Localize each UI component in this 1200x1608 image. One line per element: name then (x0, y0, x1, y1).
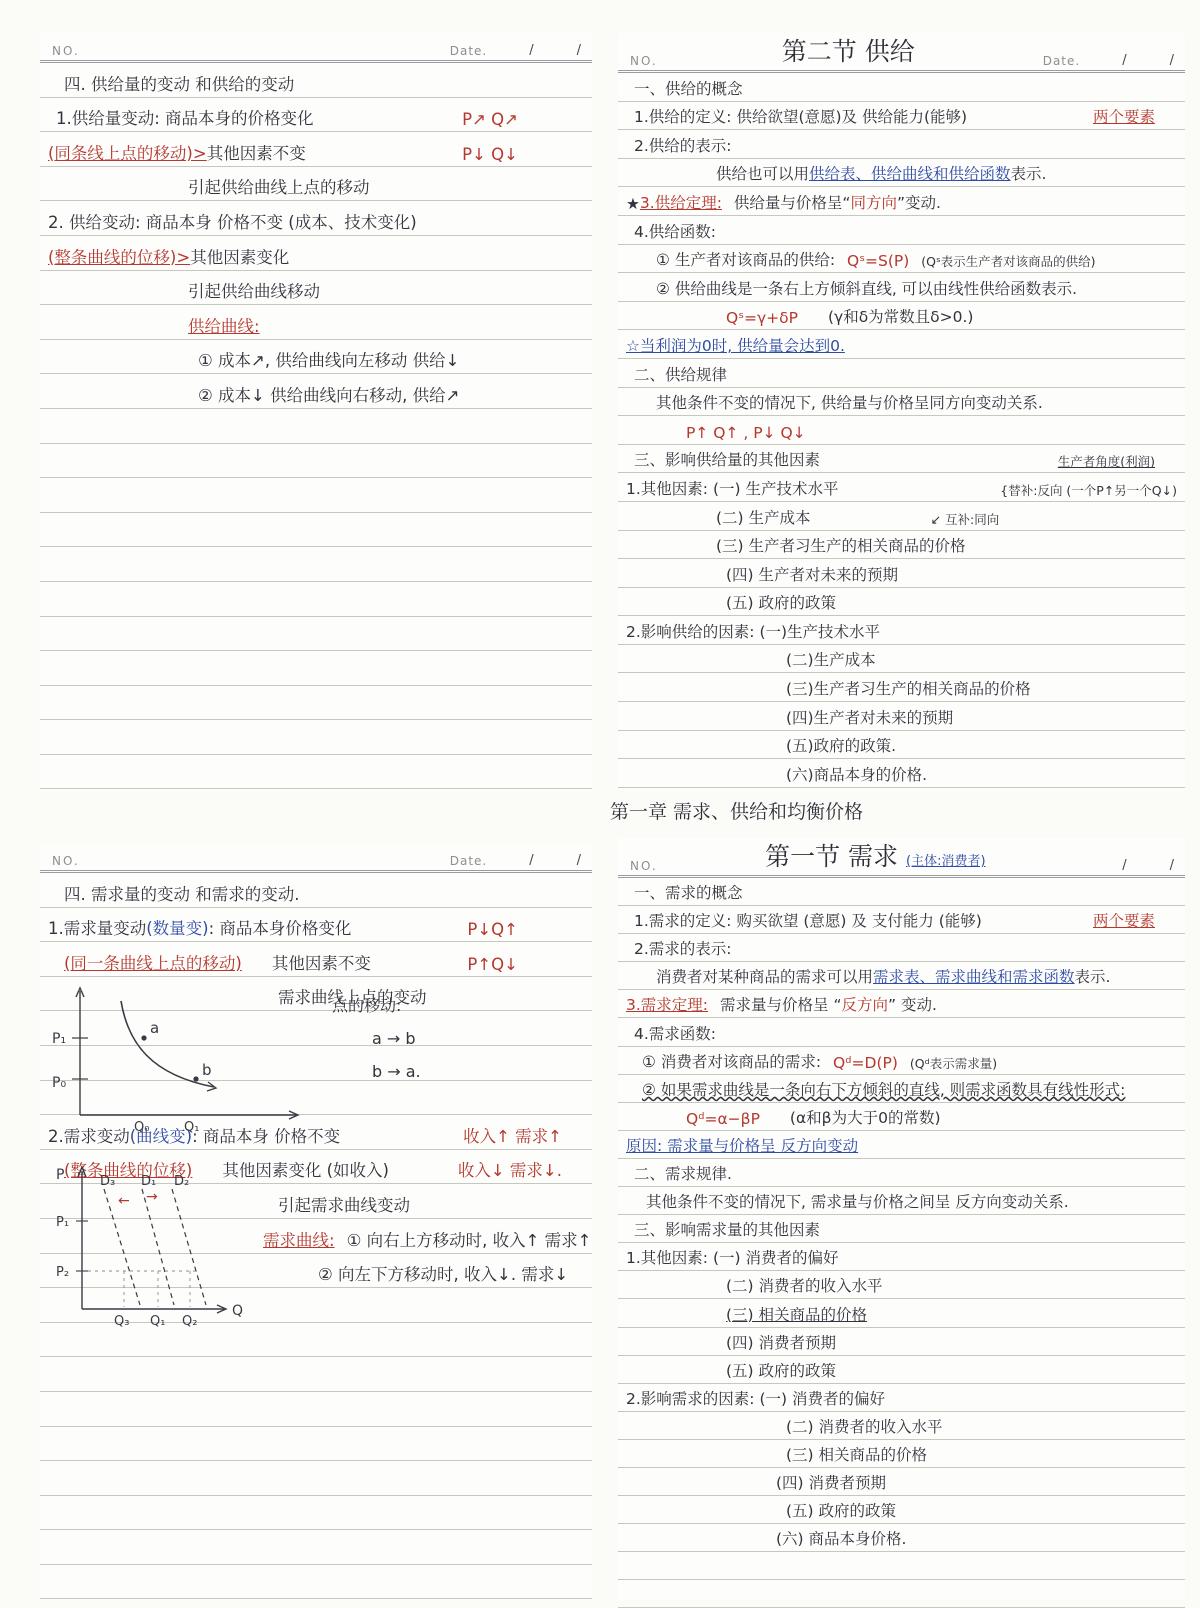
red-note: 收入↑ 需求↑ (463, 1123, 562, 1147)
axis-label: Q₂ (182, 1314, 197, 1329)
note-line: (六) 商品本身价格. (618, 1524, 1185, 1552)
blue-note: ☆当利润为0时, 供给量会达到0. (626, 334, 845, 356)
curve-label: D₂ (174, 1174, 189, 1189)
ruled-line (40, 1427, 592, 1462)
red-note: 两个要素 (1093, 105, 1155, 127)
line-text: (四) 消费者预期 (626, 1331, 836, 1353)
red-note: 两个要素 (1093, 909, 1155, 931)
red-note: P↑ Q↑ , P↓ Q↓ (626, 424, 806, 442)
line-text: 表示. (1075, 965, 1111, 987)
no-label: NO. (52, 44, 80, 58)
ruled-line (40, 409, 592, 444)
line-text: (三) 相关商品的价格 (626, 1303, 867, 1325)
note-line: Qᵈ=α−βP (α和β为大于0的常数) (618, 1103, 1185, 1131)
ruled-line (40, 444, 592, 479)
no-label: NO. (630, 859, 658, 873)
line-text: (五) 政府的政策 (626, 1359, 836, 1381)
line-text: 四. 需求量的变动 和需求的变动. (48, 881, 299, 905)
line-text: ① 成本↗, 供给曲线向左移动 供给↓ (48, 347, 459, 371)
note-line: (二)生产成本 (618, 645, 1185, 674)
line-text: ② 如果需求曲线是一条向右下方倾斜的直线, 则需求函数具有线性形式: (626, 1078, 1125, 1100)
note-line: 二、需求规律. (618, 1159, 1185, 1187)
ruled-line (40, 582, 592, 617)
ruled-line (40, 513, 592, 548)
note-line: (三)生产者习生产的相关商品的价格 (618, 673, 1185, 702)
line-text: 三、影响需求量的其他因素 (626, 1218, 820, 1240)
caption-line: b → a. (332, 1055, 421, 1088)
chapter-title: 第一章 需求、供给和均衡价格 (610, 797, 863, 824)
line-text: (二) 消费者的收入水平 (626, 1274, 883, 1296)
note-line: 二、供给规律 (618, 359, 1185, 388)
note-line: 3.需求定理: 需求量与价格呈 “ 反方向 ” 变动. (618, 990, 1185, 1018)
note-line: ① 生产者对该商品的供给: Qˢ=S(P) (Qˢ表示生产者对该商品的供给) (618, 245, 1185, 274)
note-line: 供给也可以用 供给表、供给曲线和供给函数 表示. (618, 159, 1185, 188)
date-slash: / (577, 43, 582, 58)
line-text: 三、影响供给量的其他因素 (626, 448, 820, 470)
date-slash: / (1122, 858, 1127, 873)
note-line: 1.需求的定义: 购买欲望 (意愿) 及 支付能力 (能够) 两个要素 (618, 906, 1185, 934)
section-title: 第二节 供给 (722, 32, 915, 68)
line-text: 其他因素不变 (207, 140, 306, 164)
axis-label: Q₃ (114, 1314, 129, 1329)
line-text: 二、供给规律 (626, 363, 727, 385)
date-slash: / (1122, 53, 1127, 68)
note-line: 1.其他因素: (一) 生产技术水平 {替补:反向 (一个P↑另一个Q↓) (618, 473, 1185, 502)
line-text: (三)生产者习生产的相关商品的价格 (626, 677, 1031, 699)
ruled-line (618, 1552, 1185, 1580)
line-text: 其他条件不变的情况下, 供给量与价格呈同方向变动关系. (626, 391, 1043, 413)
line-text: ② 供给曲线是一条右上方倾斜直线, 可以由线性供给函数表示. (626, 277, 1077, 299)
ruled-line (40, 1392, 592, 1427)
red-label: 3.需求定理: (626, 993, 708, 1015)
line-text: 1.其他因素: (一) 生产技术水平 (626, 477, 838, 499)
note-line: 其他条件不变的情况下, 需求量与价格之间呈 反方向变动关系. (618, 1187, 1185, 1215)
line-text: 引起供给曲线上点的移动 (48, 174, 370, 198)
axis-label: P₁ (56, 1215, 69, 1230)
line-text: 表示. (1011, 162, 1047, 184)
line-text: 消费者对某种商品的需求可以用 (626, 965, 873, 987)
date-label: / / (1080, 858, 1175, 873)
line-text: 2.影响供给的因素: (一)生产技术水平 (626, 620, 880, 642)
red-note: P↑Q↓ (467, 955, 518, 974)
line-text: 2.供给的表示: (626, 134, 732, 156)
note-line: (五)政府的政策. (618, 731, 1185, 760)
note-line: (六)商品本身的价格. (618, 759, 1185, 788)
curve-label: D₃ (100, 1174, 115, 1189)
section-title: 第一节 需求 (主体:消费者) (705, 837, 985, 873)
note-line: 一、需求的概念 (618, 878, 1185, 906)
formula-note: (γ和δ为常数且δ>0.) (828, 305, 974, 327)
ruled-line (40, 651, 592, 686)
line-text: 二、需求规律. (626, 1162, 732, 1184)
line-text: (四) 生产者对未来的预期 (626, 563, 898, 585)
note-line: 引起供给曲线移动 (40, 271, 592, 306)
note-line: ① 消费者对该商品的需求: Qᵈ=D(P) (Qᵈ表示需求量) (618, 1047, 1185, 1075)
note-line: ① 成本↗, 供给曲线向左移动 供给↓ (40, 340, 592, 375)
shift-right-arrow: → (146, 1189, 158, 1205)
axis-label: P₁ (52, 1031, 66, 1047)
red-emphasis: 同方向 (850, 191, 897, 213)
ruled-line (40, 478, 592, 513)
note-line: (四) 消费者预期 (618, 1468, 1185, 1496)
formula-note: (Qˢ表示生产者对该商品的供给) (921, 252, 1095, 270)
line-text: ② 成本↓ 供给曲线向右移动, 供给↗ (48, 382, 459, 406)
note-line: 4.需求函数: (618, 1018, 1185, 1046)
line-text: 1.需求的定义: 购买欲望 (意愿) 及 支付能力 (能够) (626, 909, 982, 931)
formula: Qˢ=S(P) (847, 252, 909, 270)
note-line: (二) 消费者的收入水平 (618, 1271, 1185, 1299)
red-note: P↓Q↑ (467, 920, 518, 939)
axis-label: P₂ (56, 1265, 69, 1280)
curve-label: D₁ (141, 1174, 156, 1189)
red-note: P↓ Q↓ (462, 145, 518, 164)
page-supply-changes: NO. Date. / / 四. 供给量的变动 和供给的变动 1.供给量变动: … (40, 33, 592, 790)
red-label: (同条线上点的移动)> (48, 140, 207, 164)
line-text: 需求量与价格呈 “ (720, 993, 841, 1015)
line-text: 一、供给的概念 (626, 77, 743, 99)
line-text: 4.需求函数: (626, 1022, 716, 1044)
blue-note: (数量变) (146, 915, 208, 939)
ruled-line (40, 1530, 592, 1565)
page-demand-changes: NO. Date. / / 四. 需求量的变动 和需求的变动. 1.需求量变动 … (40, 843, 592, 1600)
note-line: ★ 3.供给定理: 供给量与价格呈“ 同方向 ”变动. (618, 187, 1185, 216)
note-line: 2. 供给变动: 商品本身 价格不变 (成本、技术变化) (40, 201, 592, 236)
note-line: (四) 消费者预期 (618, 1328, 1185, 1356)
blue-emphasis: 供给表、供给曲线和供给函数 (809, 162, 1011, 184)
note-line: ② 供给曲线是一条右上方倾斜直线, 可以由线性供给函数表示. (618, 273, 1185, 302)
note-line: 2.影响需求的因素: (一) 消费者的偏好 (618, 1384, 1185, 1412)
note-line: (三) 相关商品的价格 (618, 1440, 1185, 1468)
caption-line: a → b (332, 1022, 421, 1055)
line-text: ” 变动. (888, 993, 937, 1015)
page-supply: NO. 第二节 供给 Date. / / 一、供给的概念 1.供给的定义: 供给… (618, 33, 1185, 790)
note-line: 4.供给函数: (618, 216, 1185, 245)
note-line: (同条线上点的移动)> 其他因素不变 P↓ Q↓ (40, 132, 592, 167)
note-line: 1.其他因素: (一) 消费者的偏好 (618, 1243, 1185, 1271)
note-line: (二) 消费者的收入水平 (618, 1412, 1185, 1440)
shift-left-arrow: ← (118, 1193, 130, 1209)
line-text: 其他条件不变的情况下, 需求量与价格之间呈 反方向变动关系. (626, 1190, 1069, 1212)
note-line: 1.需求量变动 (数量变) : 商品本身价格变化 P↓Q↑ (40, 908, 592, 943)
point-label: b (202, 1061, 212, 1079)
ruled-line (40, 686, 592, 721)
line-text: (五) 政府的政策 (626, 1499, 896, 1521)
note-line: 2.供给的表示: (618, 130, 1185, 159)
red-note: 收入↓ 需求↓. (458, 1157, 562, 1181)
line-text: 其他因素不变 (272, 950, 371, 974)
formula: Qˢ=γ+δP (626, 309, 798, 327)
line-text: 其他因素变化 (190, 244, 289, 268)
note-line: ☆当利润为0时, 供给量会达到0. (618, 330, 1185, 359)
line-text: 四. 供给量的变动 和供给的变动 (48, 71, 294, 95)
red-label: 3.供给定理: (640, 191, 722, 213)
formula: Qᵈ=α−βP (626, 1110, 760, 1128)
red-label: (同一条曲线上点的移动) (48, 950, 242, 974)
ruled-line (40, 617, 592, 652)
note-line: ② 成本↓ 供给曲线向右移动, 供给↗ (40, 374, 592, 409)
axis-label: P₀ (52, 1075, 66, 1091)
date-slash: / (577, 853, 582, 868)
note-line: (三) 相关商品的价格 (618, 1299, 1185, 1327)
margin-note: {替补:反向 (一个P↑另一个Q↓) (1000, 481, 1177, 499)
line-text: ① 向右上方移动时, 收入↑ 需求↑ (347, 1227, 592, 1251)
margin-note: ↙ 互补:同向 (931, 510, 1000, 528)
line-text: 供给量与价格呈“ (734, 191, 851, 213)
date-slash: / (529, 43, 534, 58)
note-line: 消费者对某种商品的需求可以用 需求表、需求曲线和需求函数 表示. (618, 962, 1185, 990)
note-line: 2.需求的表示: (618, 934, 1185, 962)
note-line: 一、供给的概念 (618, 73, 1185, 102)
ruled-line (618, 1580, 1185, 1608)
date-label: Date. / / (1043, 53, 1175, 68)
line-text: (三) 生产者习生产的相关商品的价格 (626, 534, 966, 556)
line-text: (五) 政府的政策 (626, 591, 836, 613)
note-line: 1.供给量变动: 商品本身的价格变化 P↗ Q↗ (40, 98, 592, 133)
ruled-line (40, 1461, 592, 1496)
line-text: 2.影响需求的因素: (一) 消费者的偏好 (626, 1387, 885, 1409)
note-line: (五) 政府的政策 (618, 1356, 1185, 1384)
note-line: 四. 供给量的变动 和供给的变动 (40, 63, 592, 98)
formula: Qᵈ=D(P) (833, 1054, 898, 1072)
line-text: (五)政府的政策. (626, 734, 896, 756)
page-demand: NO. 第一节 需求 (主体:消费者) / / 一、需求的概念 1.需求的定义:… (618, 838, 1185, 1600)
date-slash: / (1170, 858, 1175, 873)
red-label: (整条曲线的位移)> (48, 244, 190, 268)
line-text: (四)生产者对未来的预期 (626, 706, 953, 728)
note-line: (五) 政府的政策 (618, 588, 1185, 617)
page-header: NO. Date. / / (40, 843, 592, 873)
blue-note: 原因: 需求量与价格呈 反方向变动 (626, 1134, 858, 1156)
note-line: (二) 生产成本 ↙ 互补:同向 (618, 502, 1185, 531)
note-line: ② 如果需求曲线是一条向右下方倾斜的直线, 则需求函数具有线性形式: (618, 1075, 1185, 1103)
formula-note: (Qᵈ表示需求量) (910, 1054, 997, 1072)
note-line: (整条曲线的位移)> 其他因素变化 (40, 236, 592, 271)
page-header: NO. 第二节 供给 Date. / / (618, 33, 1185, 73)
axis-label: Q₁ (184, 1120, 199, 1133)
line-text: 2. 供给变动: 商品本身 价格不变 (成本、技术变化) (48, 209, 417, 233)
diagram1-caption: 点的移动: a → b b → a. (332, 989, 421, 1088)
line-text: 1.需求量变动 (48, 915, 146, 939)
demand-curve-shift-diagram: P P₁ P₂ D₃ D₁ D₂ ← → Q Q₃ Q₁ Q₂ (46, 1159, 256, 1329)
ruled-line (40, 755, 592, 790)
line-text: 一、需求的概念 (626, 881, 743, 903)
note-line: (五) 政府的政策 (618, 1496, 1185, 1524)
note-line: P↑ Q↑ , P↓ Q↓ (618, 416, 1185, 445)
date-label: Date. / / (450, 853, 582, 868)
ruled-line (40, 1357, 592, 1392)
line-text: (二)生产成本 (626, 648, 876, 670)
caption-line: 点的移动: (332, 989, 421, 1022)
red-label: 供给曲线: (48, 313, 260, 337)
note-line: (四) 生产者对未来的预期 (618, 559, 1185, 588)
date-word: Date. (450, 854, 488, 868)
line-text: ”变动. (897, 191, 941, 213)
line-text: ① 消费者对该商品的需求: (626, 1050, 821, 1072)
demand-curve-point-move-diagram: P₁ P₀ a b Q₀ Q₁ (46, 983, 336, 1133)
star-icon: ★ (626, 195, 640, 213)
line-text: (二) 生产成本 (626, 506, 811, 528)
ruled-line (40, 1496, 592, 1531)
date-slash: / (1170, 53, 1175, 68)
note-line: (四)生产者对未来的预期 (618, 702, 1185, 731)
date-label: Date. / / (450, 43, 582, 58)
note-line: 引起供给曲线上点的移动 (40, 167, 592, 202)
line-text: (六) 商品本身价格. (626, 1527, 906, 1549)
line-text: 供给也可以用 (626, 162, 809, 184)
note-line: 三、影响需求量的其他因素 (618, 1215, 1185, 1243)
note-line: (同一条曲线上点的移动) 其他因素不变 P↑Q↓ (40, 942, 592, 977)
blue-emphasis: 需求表、需求曲线和需求函数 (873, 965, 1075, 987)
line-text: 引起供给曲线移动 (48, 278, 320, 302)
note-line: 1.供给的定义: 供给欲望(意愿)及 供给能力(能够) 两个要素 (618, 102, 1185, 131)
line-text: : 商品本身价格变化 (209, 915, 352, 939)
red-emphasis: 反方向 (841, 993, 888, 1015)
note-line: 供给曲线: (40, 305, 592, 340)
axis-label: Q (232, 1303, 243, 1319)
red-note: P↗ Q↗ (462, 110, 518, 129)
line-text: 4.供给函数: (626, 220, 716, 242)
line-text: (四) 消费者预期 (626, 1471, 886, 1493)
blue-note: (主体:消费者) (906, 854, 986, 869)
line-text: (六)商品本身的价格. (626, 763, 927, 785)
note-line: 2.影响供给的因素: (一)生产技术水平 (618, 616, 1185, 645)
line-text: 1.供给的定义: 供给欲望(意愿)及 供给能力(能够) (626, 105, 967, 127)
section-title-text: 第一节 需求 (765, 842, 898, 871)
date-word: Date. (450, 44, 488, 58)
note-line: 四. 需求量的变动 和需求的变动. (40, 873, 592, 908)
note-line: (三) 生产者习生产的相关商品的价格 (618, 531, 1185, 560)
point-label: a (150, 1019, 159, 1037)
line-text: (二) 消费者的收入水平 (626, 1415, 943, 1437)
formula-note: (α和β为大于0的常数) (790, 1106, 941, 1128)
line-text: 1.其他因素: (一) 消费者的偏好 (626, 1246, 838, 1268)
margin-note: 生产者角度(利润) (1058, 452, 1155, 470)
line-text: ① 生产者对该商品的供给: (626, 248, 835, 270)
line-text: 2.需求的表示: (626, 937, 732, 959)
no-label: NO. (52, 854, 80, 868)
page-header: NO. 第一节 需求 (主体:消费者) / / (618, 838, 1185, 878)
line-text: (三) 相关商品的价格 (626, 1443, 927, 1465)
axis-label: Q₀ (134, 1120, 149, 1133)
line-text: 1.供给量变动: 商品本身的价格变化 (48, 105, 314, 129)
note-line: 其他条件不变的情况下, 供给量与价格呈同方向变动关系. (618, 388, 1185, 417)
axis-label: Q₁ (150, 1314, 165, 1329)
note-line: 原因: 需求量与价格呈 反方向变动 (618, 1131, 1185, 1159)
note-line: Qˢ=γ+δP (γ和δ为常数且δ>0.) (618, 302, 1185, 331)
page-header: NO. Date. / / (40, 33, 592, 63)
date-word: Date. (1043, 54, 1081, 68)
no-label: NO. (630, 54, 658, 68)
date-slash: / (529, 853, 534, 868)
axis-label: P (56, 1167, 64, 1183)
ruled-line (40, 547, 592, 582)
note-line: 三、影响供给量的其他因素 生产者角度(利润) (618, 445, 1185, 474)
ruled-line (40, 1565, 592, 1600)
ruled-line (40, 720, 592, 755)
